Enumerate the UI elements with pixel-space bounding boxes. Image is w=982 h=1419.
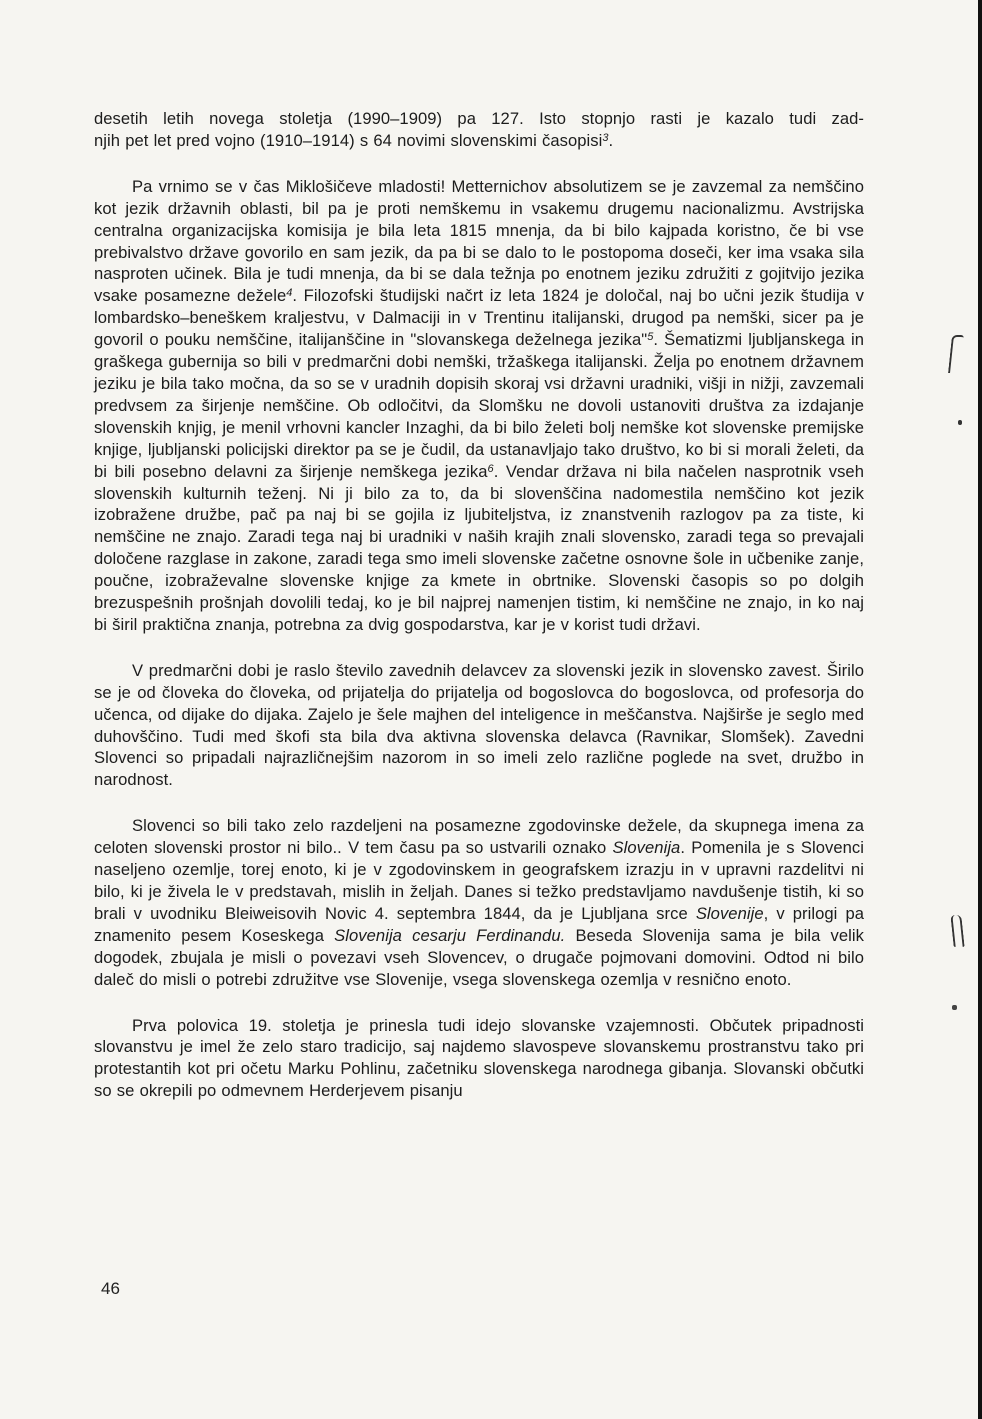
scan-edge-shadow [978,0,982,1419]
italic-title: Slovenija cesarju Ferdinandu. [334,926,565,945]
text-line: njih pet let pred vojno (1910–1914) s 64… [94,130,864,152]
page-number: 46 [101,1279,120,1299]
margin-dot-mark-icon [952,1005,957,1010]
margin-paren-mark-icon [948,335,964,373]
footnote-ref: 3 [602,132,608,144]
margin-paren-mark-icon [950,915,964,947]
italic-term: Slovenije [696,904,764,923]
paragraph-4: Slovenci so bili tako zelo razdeljeni na… [94,815,864,990]
paragraph-1: desetih letih novega stoletja (1990–1909… [94,108,864,152]
paragraph-2: Pa vrnimo se v čas Miklošičeve mladosti!… [94,176,864,636]
margin-dot-mark-icon [958,420,962,425]
paragraph-3: V predmarčni dobi je raslo število zaved… [94,660,864,791]
document-page: desetih letih novega stoletja (1990–1909… [94,108,864,1126]
text-line: desetih letih novega stoletja (1990–1909… [94,108,864,130]
paragraph-5: Prva polovica 19. stoletja je prinesla t… [94,1015,864,1103]
italic-term: Slovenija [613,838,681,857]
